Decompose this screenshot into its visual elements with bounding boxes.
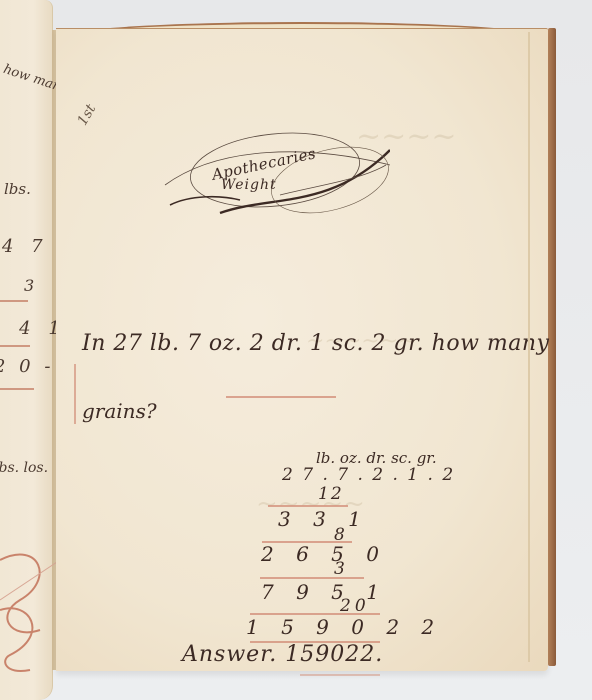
page-fold-line [528, 32, 530, 662]
left-page-red-rule [0, 345, 30, 347]
copybook-page: ~~~~ ~~~~~~ ~~~~~ 1st Apothecaries Weigh… [56, 28, 548, 671]
left-page-bottom-text: lbs. los. [0, 460, 48, 476]
answer-text: Answer. 159022. [182, 642, 383, 667]
question-line-2: grains? [82, 399, 157, 423]
calculation-multiplier: 12 [318, 484, 344, 504]
left-page-row: 4 7 [2, 236, 49, 257]
red-rule [260, 577, 364, 579]
calculation-final-result: 1 5 9 0 2 2 [246, 615, 442, 639]
left-page-flourish [0, 540, 60, 680]
heading-line-2: Weight [221, 177, 277, 193]
book-photograph: how many lbs. 4 7 3 1 4 1 2 0 - 1 lbs. l… [0, 0, 592, 700]
red-rule [226, 396, 336, 398]
question-line-1: In 27 lb. 7 oz. 2 dr. 1 sc. 2 gr. how ma… [82, 331, 549, 356]
left-page-red-rule [0, 388, 34, 390]
margin-red-line [74, 364, 76, 424]
calculation-result: 3 3 1 [278, 507, 369, 531]
margin-note: 1st [75, 102, 100, 129]
left-page-unit-label: lbs. [4, 180, 31, 198]
red-rule [300, 674, 380, 676]
calculation-multiplier: 3 [334, 559, 347, 579]
calculation-given-values: 2 7 . 7 . 2 . 1 . 2 [282, 465, 455, 485]
left-page-row: 3 [24, 276, 34, 295]
left-page-red-rule [0, 300, 28, 302]
calculation-result: 2 6 5 0 [261, 542, 387, 566]
